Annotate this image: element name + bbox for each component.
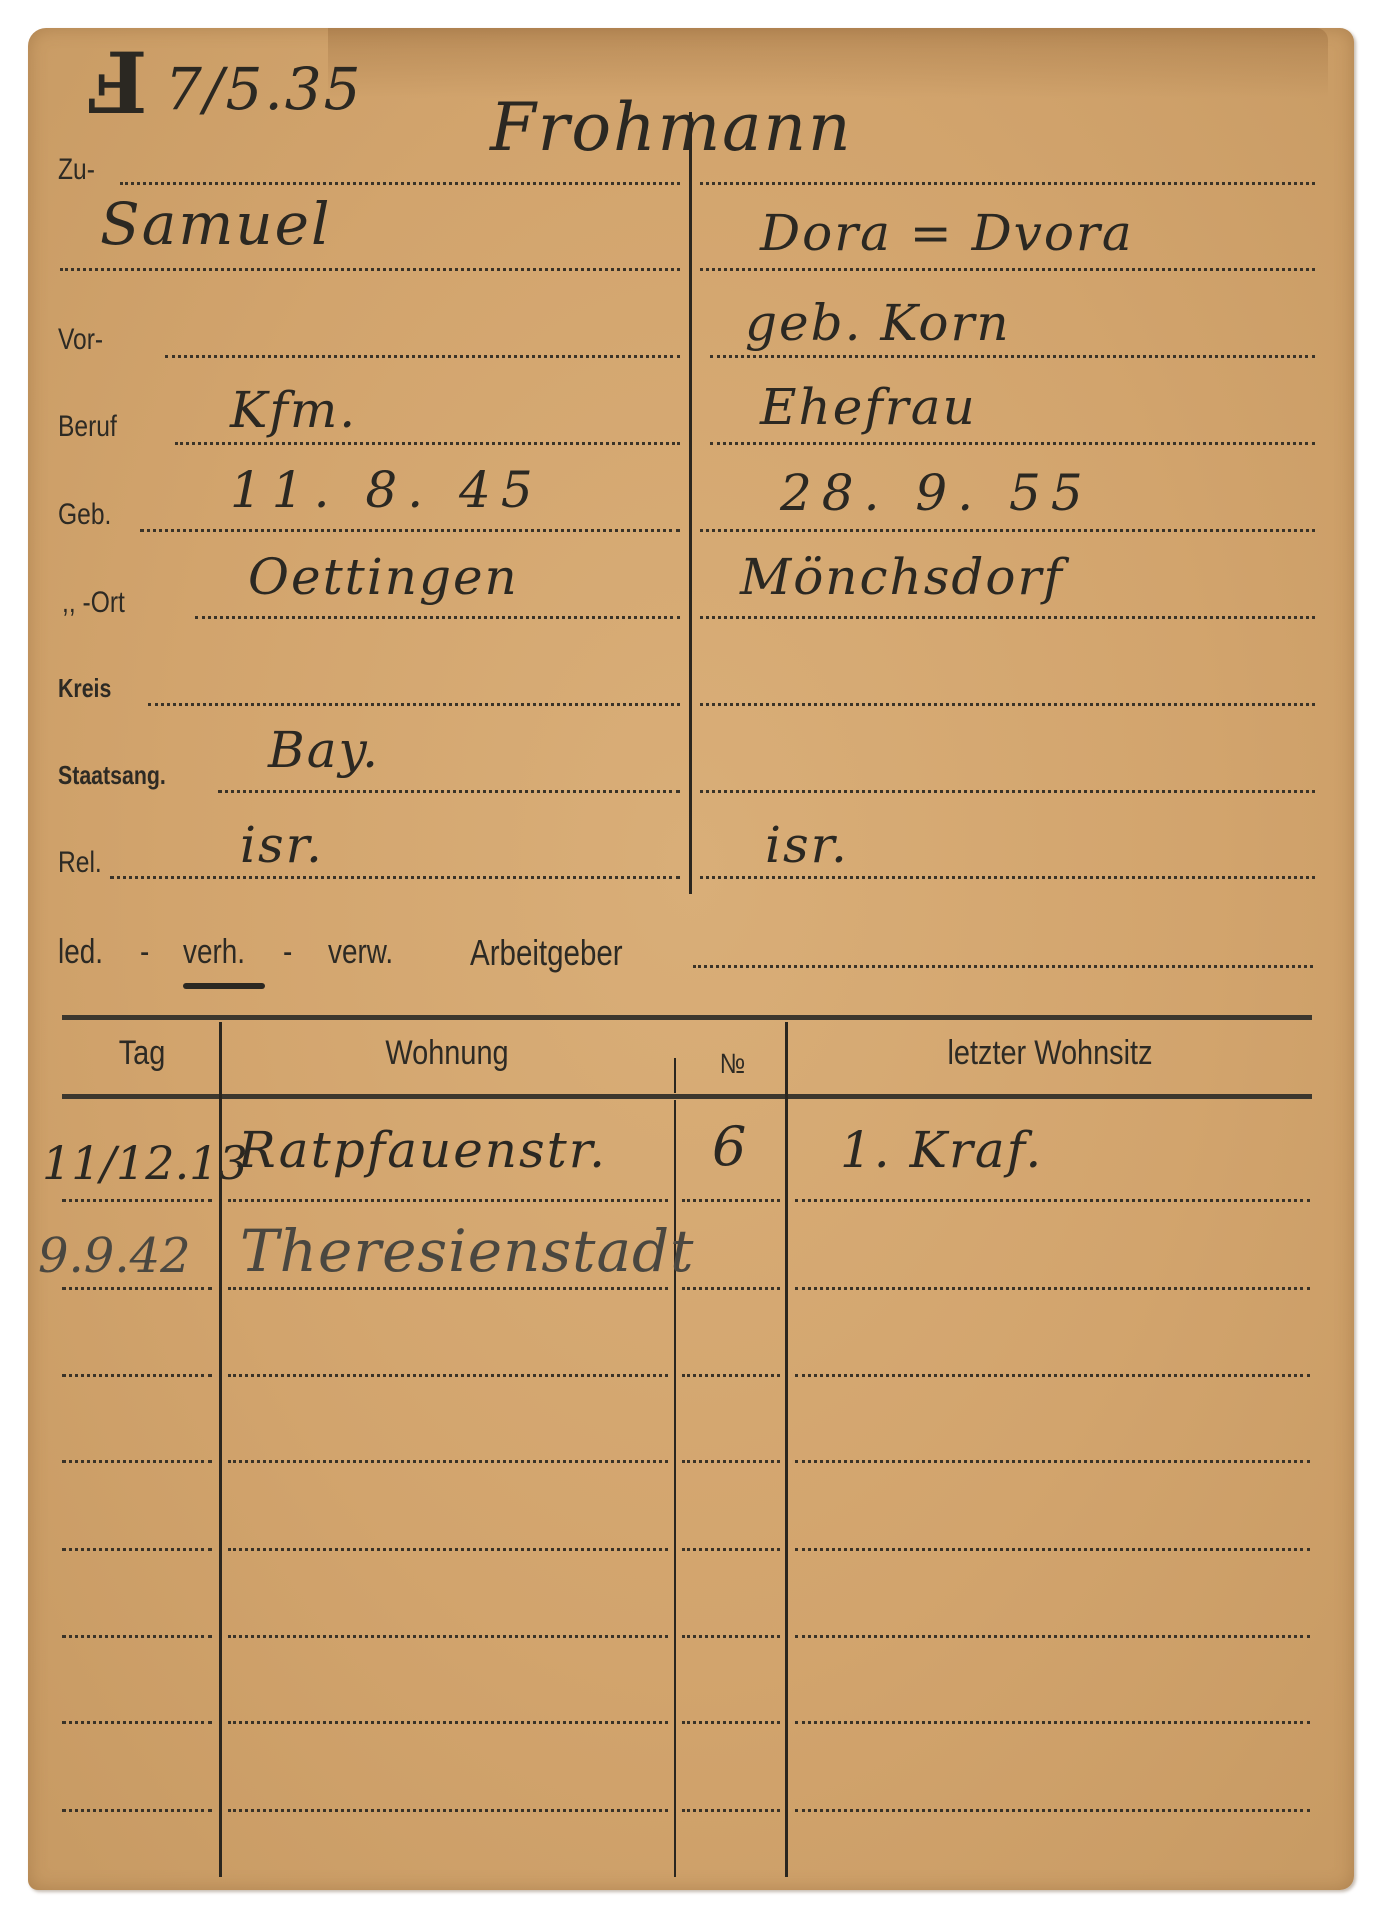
row-2-tag: 9.9.42 <box>38 1232 191 1280</box>
husband-first-name: Samuel <box>100 195 332 253</box>
husband-religion: isr. <box>240 820 324 870</box>
row-line <box>795 1548 1310 1551</box>
registry-mark-icon: Ⅎ <box>88 42 148 126</box>
line-vor-left <box>165 355 680 358</box>
status-verwitwet[interactable]: verw. <box>328 935 393 969</box>
row-1-nr: 6 <box>712 1120 748 1174</box>
row-line <box>795 1374 1310 1377</box>
line-kreis-right <box>700 703 1315 706</box>
wife-maiden-name: geb. Korn <box>745 298 1011 348</box>
row-line <box>62 1635 212 1638</box>
row-line <box>795 1721 1310 1724</box>
line-beruf-left <box>175 442 680 445</box>
row-line <box>228 1460 668 1463</box>
row-line <box>795 1460 1310 1463</box>
line-ort-left <box>195 616 680 619</box>
row-line <box>62 1460 212 1463</box>
row-line <box>62 1199 212 1202</box>
status-sep-1: - <box>140 935 149 969</box>
wife-birth-place: Mönchsdorf <box>740 552 1064 602</box>
entry-date: 7/5.35 <box>165 60 363 118</box>
water-stain <box>328 28 1328 98</box>
line-rel-right <box>700 876 1315 879</box>
row-line <box>682 1635 780 1638</box>
line-geb-left <box>140 529 680 532</box>
row-line <box>228 1635 668 1638</box>
selected-underline <box>183 983 265 989</box>
line-staatsang-right <box>700 790 1315 793</box>
row-line <box>682 1199 780 1202</box>
header-tag: Tag <box>74 1036 210 1070</box>
row-line <box>62 1721 212 1724</box>
center-divider <box>689 112 692 894</box>
line-geb-right <box>700 529 1315 532</box>
status-sep-2: - <box>283 935 292 969</box>
header-nr: № <box>688 1050 777 1078</box>
label-vor: Vor- <box>58 325 103 355</box>
row-line <box>682 1721 780 1724</box>
label-rel: Rel. <box>58 848 102 878</box>
row-1-tag: 11/12.13 <box>42 1140 248 1186</box>
row-line <box>682 1460 780 1463</box>
line-name-right <box>700 268 1315 271</box>
line-kreis-left <box>148 703 680 706</box>
row-line <box>228 1548 668 1551</box>
row-line <box>682 1548 780 1551</box>
line-vor-right <box>710 355 1315 358</box>
status-ledig[interactable]: led. <box>58 935 103 969</box>
line-beruf-right <box>710 442 1315 445</box>
row-line <box>795 1809 1310 1812</box>
label-beruf: Beruf <box>58 412 117 442</box>
wife-birth-date: 28. 9. 55 <box>780 468 1093 518</box>
table-top-rule <box>62 1015 1312 1020</box>
husband-occupation: Kfm. <box>230 385 357 435</box>
label-arbeitgeber: Arbeitgeber <box>470 935 623 971</box>
row-line <box>795 1199 1310 1202</box>
label-staatsang: Staatsang. <box>58 762 166 788</box>
line-name-left <box>60 268 680 271</box>
line-staatsang-left <box>218 790 680 793</box>
row-line <box>62 1548 212 1551</box>
row-line <box>682 1287 780 1290</box>
label-zu: Zu- <box>58 155 95 185</box>
row-2-wohnung: Theresienstadt <box>240 1222 695 1280</box>
husband-citizenship: Bay. <box>268 725 380 775</box>
row-line <box>228 1374 668 1377</box>
row-line <box>682 1374 780 1377</box>
surname: Frohmann <box>490 95 853 161</box>
status-verheiratet[interactable]: verh. <box>183 935 245 969</box>
line-zu-left <box>120 182 680 185</box>
row-line <box>795 1287 1310 1290</box>
row-line <box>62 1374 212 1377</box>
table-header-rule <box>62 1094 1312 1099</box>
line-arbeitgeber <box>693 965 1313 968</box>
row-1-letzter-wohnsitz: 1. Kraf. <box>840 1125 1043 1175</box>
husband-birth-date: 11. 8. 45 <box>230 465 543 515</box>
row-line <box>228 1809 668 1812</box>
row-line <box>795 1635 1310 1638</box>
row-1-wohnung: Ratpfauenstr. <box>238 1125 607 1175</box>
label-kreis: Kreis <box>58 675 111 701</box>
col-divider-wohnsitz <box>785 1022 788 1877</box>
wife-role: Ehefrau <box>760 382 977 432</box>
col-divider-nr-header <box>674 1058 676 1093</box>
row-line <box>228 1199 668 1202</box>
label-ort: ,, -Ort <box>62 588 125 618</box>
label-geb: Geb. <box>58 500 111 530</box>
row-line <box>682 1809 780 1812</box>
wife-religion: isr. <box>765 820 849 870</box>
header-letzter-wohnsitz: letzter Wohnsitz <box>829 1036 1271 1070</box>
row-line <box>62 1287 212 1290</box>
row-line <box>228 1721 668 1724</box>
line-rel-left <box>110 876 680 879</box>
row-line <box>228 1287 668 1290</box>
line-zu-right <box>700 182 1315 185</box>
row-line <box>62 1809 212 1812</box>
line-ort-right <box>700 616 1315 619</box>
header-wohnung: Wohnung <box>256 1036 639 1070</box>
husband-birth-place: Oettingen <box>248 552 519 602</box>
wife-first-name: Dora = Dvora <box>760 208 1134 258</box>
